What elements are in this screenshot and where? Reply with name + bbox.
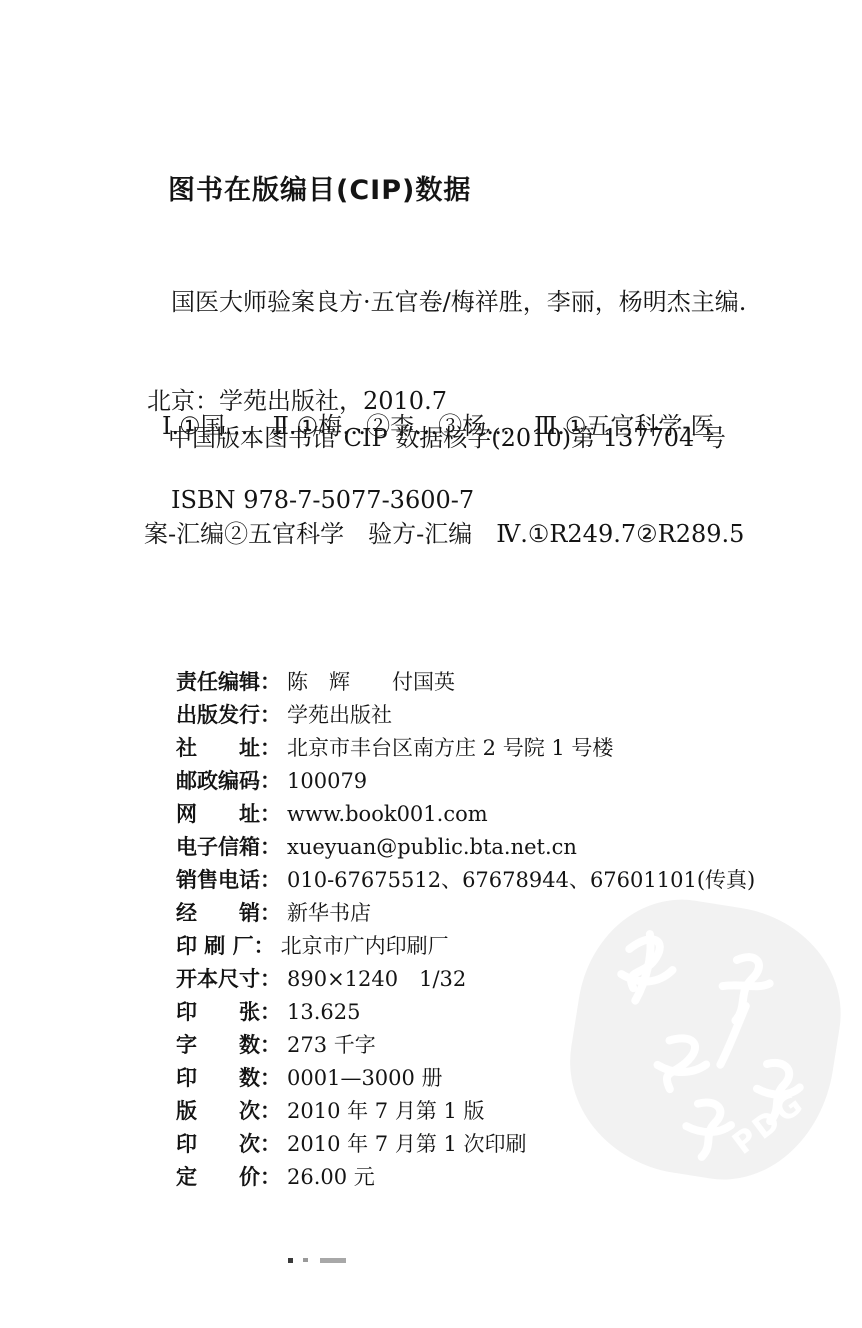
- cip-record-number: 中国版本图书馆 CIP 数据核字(2010)第 137704 号: [168, 418, 726, 453]
- colophon-label: 出版发行：: [176, 703, 281, 727]
- colophon-value: 26.00 元: [287, 1165, 375, 1189]
- cip-title: 图书在版编目(CIP)数据: [168, 168, 471, 207]
- colophon-value: 273 千字: [287, 1033, 376, 1057]
- colophon-row-sheets: 印 张：13.625: [176, 996, 736, 1029]
- colophon-row-word-count: 字 数：273 千字: [176, 1029, 736, 1062]
- scan-dot-light: [303, 1258, 308, 1262]
- colophon-row-printer: 印 刷 厂：北京市广内印刷厂: [176, 930, 736, 963]
- colophon-label: 邮政编码：: [176, 769, 281, 793]
- colophon-label: 社 址：: [176, 736, 281, 760]
- colophon-value: 13.625: [287, 1000, 360, 1024]
- book-copyright-page: PDG 图书在版编目(CIP)数据 国医大师验案良方·五官卷/梅祥胜，李丽，杨明…: [0, 0, 862, 1328]
- colophon-value: 2010 年 7 月第 1 次印刷: [287, 1132, 527, 1156]
- colophon-label: 定 价：: [176, 1165, 281, 1189]
- colophon-label: 字 数：: [176, 1033, 281, 1057]
- colophon-value: 2010 年 7 月第 1 版: [287, 1099, 485, 1123]
- colophon-value: 0001—3000 册: [287, 1066, 443, 1090]
- scan-dot-dark: [288, 1258, 293, 1263]
- colophon-label: 销售电话：: [176, 868, 281, 892]
- colophon-row-price: 定 价：26.00 元: [176, 1161, 736, 1194]
- colophon-row-publisher: 出版发行：学苑出版社: [176, 699, 736, 732]
- colophon-row-format: 开本尺寸：890×1240 1/32: [176, 963, 736, 996]
- colophon-row-editor: 责任编辑：陈 辉 付国英: [176, 666, 736, 699]
- colophon-row-impression: 印 次：2010 年 7 月第 1 次印刷: [176, 1128, 736, 1161]
- colophon-label: 开本尺寸：: [176, 967, 281, 991]
- colophon-label: 电子信箱：: [176, 835, 281, 859]
- colophon-value: 学苑出版社: [287, 703, 392, 727]
- colophon-label: 网 址：: [176, 802, 281, 826]
- colophon-block: 责任编辑：陈 辉 付国英 出版发行：学苑出版社 社 址：北京市丰台区南方庄 2 …: [176, 666, 736, 1194]
- colophon-label: 经 销：: [176, 901, 281, 925]
- colophon-value: 新华书店: [287, 901, 371, 925]
- colophon-label: 责任编辑：: [176, 670, 281, 694]
- colophon-row-edition: 版 次：2010 年 7 月第 1 版: [176, 1095, 736, 1128]
- colophon-value: 北京市广内印刷厂: [281, 934, 449, 958]
- colophon-label: 印 刷 厂：: [176, 934, 275, 958]
- colophon-value: www.book001.com: [287, 802, 488, 826]
- colophon-row-postcode: 邮政编码：100079: [176, 765, 736, 798]
- scan-artifact-marks: [288, 1254, 346, 1266]
- colophon-row-distributor: 经 销：新华书店: [176, 897, 736, 930]
- scan-dash: [320, 1258, 346, 1263]
- cip-classification-line2: 案-汇编②五官科学 验方-汇编 Ⅳ.①R249.7②R289.5: [144, 516, 764, 552]
- colophon-value: 北京市丰台区南方庄 2 号院 1 号楼: [287, 736, 613, 760]
- cip-entry-line1: 国医大师验案良方·五官卷/梅祥胜，李丽，杨明杰主编.: [147, 286, 747, 319]
- colophon-label: 印 次：: [176, 1132, 281, 1156]
- colophon-row-print-run: 印 数：0001—3000 册: [176, 1062, 736, 1095]
- colophon-value: 100079: [287, 769, 367, 793]
- colophon-label: 印 数：: [176, 1066, 281, 1090]
- colophon-value: xueyuan@public.bta.net.cn: [287, 835, 577, 859]
- colophon-row-email: 电子信箱：xueyuan@public.bta.net.cn: [176, 831, 736, 864]
- colophon-value: 890×1240 1/32: [287, 967, 466, 991]
- colophon-value: 010-67675512、67678944、67601101(传真): [287, 868, 755, 892]
- cip-classification-paragraph: Ⅰ.①国… Ⅱ.①梅…②李…③杨… Ⅲ.①五官科学-医 案-汇编②五官科学 验方…: [144, 336, 764, 624]
- colophon-row-website: 网 址：www.book001.com: [176, 798, 736, 831]
- colophon-label: 版 次：: [176, 1099, 281, 1123]
- colophon-value: 陈 辉 付国英: [287, 670, 455, 694]
- colophon-label: 印 张：: [176, 1000, 281, 1024]
- colophon-row-address: 社 址：北京市丰台区南方庄 2 号院 1 号楼: [176, 732, 736, 765]
- colophon-row-sales-phone: 销售电话：010-67675512、67678944、67601101(传真): [176, 864, 736, 897]
